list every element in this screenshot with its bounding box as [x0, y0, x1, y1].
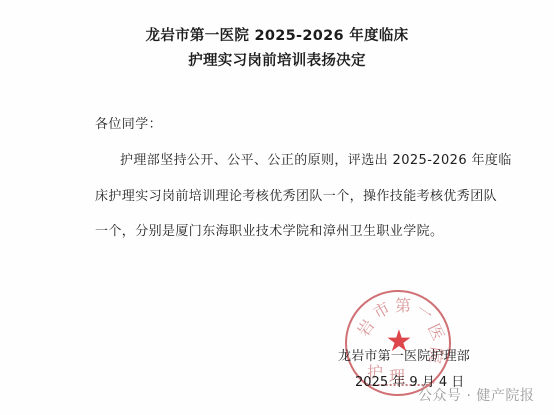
- document-title-line-1: 龙岩市第一医院 2025-2026 年度临床: [0, 24, 554, 45]
- seal-char: 岩: [351, 314, 379, 340]
- body-line-2: 床护理实习岗前培训理论考核优秀团队一个，操作技能考核优秀团队: [95, 185, 497, 204]
- seal-char: 医: [423, 319, 451, 343]
- document-page: 龙岩市第一医院 2025-2026 年度临床 护理实习岗前培训表扬决定 各位同学…: [0, 0, 554, 415]
- body-line-1: 护理部坚持公开、公平、公正的原则，评选出 2025-2026 年度临: [120, 149, 512, 168]
- seal-char: 第: [395, 293, 411, 316]
- document-title-line-2: 护理实习岗前培训表扬决定: [0, 49, 554, 70]
- seal-char: 一: [412, 297, 438, 325]
- seal-char: 市: [368, 296, 393, 324]
- watermark: 公众号 · 健产院报: [418, 385, 534, 405]
- body-line-3: 一个，分别是厦门东海职业技术学院和漳州卫生职业学院。: [95, 220, 443, 239]
- greeting: 各位同学：: [95, 113, 162, 132]
- signature: 龙岩市第一医院护理部: [338, 345, 470, 364]
